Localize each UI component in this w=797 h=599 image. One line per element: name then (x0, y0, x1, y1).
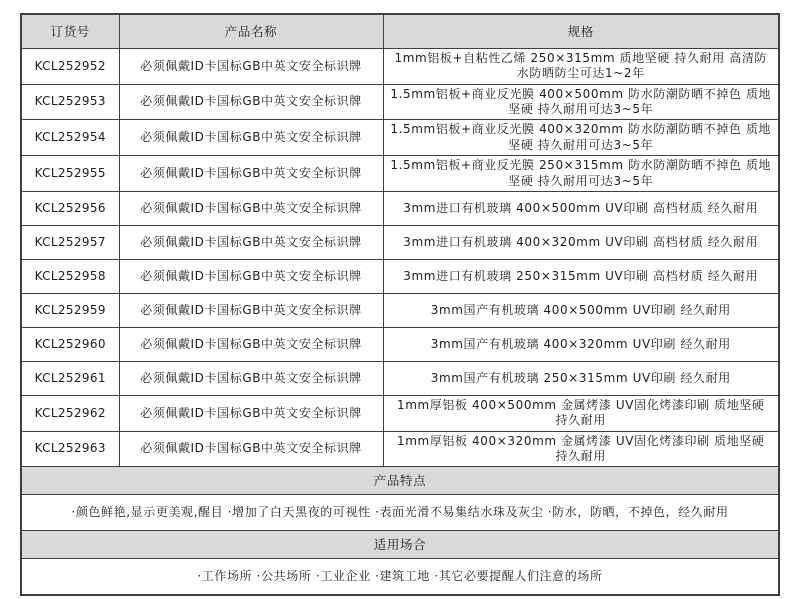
column-header-product-name: 产品名称 (119, 14, 383, 49)
order-no-cell: KCL252962 (21, 395, 119, 431)
order-no-cell: KCL252954 (21, 120, 119, 156)
section-title: 产品特点 (21, 467, 779, 495)
section-header-row: 适用场合 (21, 531, 779, 559)
section-content-row: ·工作场所 ·公共场所 ·工业企业 ·建筑工地 ·其它必要提醒人们注意的场所 (21, 559, 779, 596)
section-content: ·工作场所 ·公共场所 ·工业企业 ·建筑工地 ·其它必要提醒人们注意的场所 (21, 559, 779, 596)
product-name-cell: 必须佩戴ID卡国标GB中英文安全标识牌 (119, 361, 383, 395)
table-row: KCL252962 必须佩戴ID卡国标GB中英文安全标识牌 1mm厚铝板 400… (21, 395, 779, 431)
spec-cell: 1mm铝板+自粘性乙烯 250×315mm 质地坚硬 持久耐用 高清防水防晒防尘… (383, 49, 779, 85)
spec-cell: 1.5mm铝板+商业反光膜 400×500mm 防水防潮防晒不掉色 质地坚硬 持… (383, 84, 779, 120)
product-name-cell: 必须佩戴ID卡国标GB中英文安全标识牌 (119, 84, 383, 120)
product-name-cell: 必须佩戴ID卡国标GB中英文安全标识牌 (119, 191, 383, 225)
table-header-row: 订货号 产品名称 规格 (21, 14, 779, 49)
section-title: 适用场合 (21, 531, 779, 559)
order-no-cell: KCL252963 (21, 431, 119, 467)
table-row: KCL252961 必须佩戴ID卡国标GB中英文安全标识牌 3mm国产有机玻璃 … (21, 361, 779, 395)
spec-cell: 3mm国产有机玻璃 400×320mm UV印刷 经久耐用 (383, 327, 779, 361)
order-no-cell: KCL252952 (21, 49, 119, 85)
spec-cell: 1.5mm铝板+商业反光膜 250×315mm 防水防潮防晒不掉色 质地坚硬 持… (383, 156, 779, 192)
product-name-cell: 必须佩戴ID卡国标GB中英文安全标识牌 (119, 225, 383, 259)
table-sections: 产品特点 ·颜色鲜艳,显示更美观,醒目 ·增加了白天黑夜的可视性 ·表面光滑不易… (21, 467, 779, 596)
table-body: KCL252952 必须佩戴ID卡国标GB中英文安全标识牌 1mm铝板+自粘性乙… (21, 49, 779, 467)
table-row: KCL252963 必须佩戴ID卡国标GB中英文安全标识牌 1mm厚铝板 400… (21, 431, 779, 467)
product-name-cell: 必须佩戴ID卡国标GB中英文安全标识牌 (119, 431, 383, 467)
table-row: KCL252959 必须佩戴ID卡国标GB中英文安全标识牌 3mm国产有机玻璃 … (21, 293, 779, 327)
spec-cell: 3mm进口有机玻璃 250×315mm UV印刷 高档材质 经久耐用 (383, 259, 779, 293)
section-content: ·颜色鲜艳,显示更美观,醒目 ·增加了白天黑夜的可视性 ·表面光滑不易集结水珠及… (21, 495, 779, 531)
order-no-cell: KCL252958 (21, 259, 119, 293)
table-row: KCL252960 必须佩戴ID卡国标GB中英文安全标识牌 3mm国产有机玻璃 … (21, 327, 779, 361)
spec-cell: 3mm进口有机玻璃 400×500mm UV印刷 高档材质 经久耐用 (383, 191, 779, 225)
order-no-cell: KCL252957 (21, 225, 119, 259)
order-no-cell: KCL252961 (21, 361, 119, 395)
table-row: KCL252956 必须佩戴ID卡国标GB中英文安全标识牌 3mm进口有机玻璃 … (21, 191, 779, 225)
spec-cell: 1.5mm铝板+商业反光膜 400×320mm 防水防潮防晒不掉色 质地坚硬 持… (383, 120, 779, 156)
table-row: KCL252953 必须佩戴ID卡国标GB中英文安全标识牌 1.5mm铝板+商业… (21, 84, 779, 120)
column-header-spec: 规格 (383, 14, 779, 49)
product-name-cell: 必须佩戴ID卡国标GB中英文安全标识牌 (119, 120, 383, 156)
product-name-cell: 必须佩戴ID卡国标GB中英文安全标识牌 (119, 49, 383, 85)
product-name-cell: 必须佩戴ID卡国标GB中英文安全标识牌 (119, 395, 383, 431)
section-content-row: ·颜色鲜艳,显示更美观,醒目 ·增加了白天黑夜的可视性 ·表面光滑不易集结水珠及… (21, 495, 779, 531)
spec-cell: 1mm厚铝板 400×320mm 金属烤漆 UV固化烤漆印刷 质地坚硬 持久耐用 (383, 431, 779, 467)
table-row: KCL252958 必须佩戴ID卡国标GB中英文安全标识牌 3mm进口有机玻璃 … (21, 259, 779, 293)
section-header-row: 产品特点 (21, 467, 779, 495)
order-no-cell: KCL252956 (21, 191, 119, 225)
table-row: KCL252952 必须佩戴ID卡国标GB中英文安全标识牌 1mm铝板+自粘性乙… (21, 49, 779, 85)
product-name-cell: 必须佩戴ID卡国标GB中英文安全标识牌 (119, 293, 383, 327)
order-no-cell: KCL252953 (21, 84, 119, 120)
order-no-cell: KCL252955 (21, 156, 119, 192)
order-no-cell: KCL252959 (21, 293, 119, 327)
column-header-order-no: 订货号 (21, 14, 119, 49)
product-name-cell: 必须佩戴ID卡国标GB中英文安全标识牌 (119, 327, 383, 361)
table-row: KCL252957 必须佩戴ID卡国标GB中英文安全标识牌 3mm进口有机玻璃 … (21, 225, 779, 259)
product-name-cell: 必须佩戴ID卡国标GB中英文安全标识牌 (119, 259, 383, 293)
product-spec-sheet: 订货号 产品名称 规格 KCL252952 必须佩戴ID卡国标GB中英文安全标识… (0, 0, 797, 599)
product-spec-table: 订货号 产品名称 规格 KCL252952 必须佩戴ID卡国标GB中英文安全标识… (20, 13, 780, 596)
product-name-cell: 必须佩戴ID卡国标GB中英文安全标识牌 (119, 156, 383, 192)
spec-cell: 1mm厚铝板 400×500mm 金属烤漆 UV固化烤漆印刷 质地坚硬 持久耐用 (383, 395, 779, 431)
spec-cell: 3mm进口有机玻璃 400×320mm UV印刷 高档材质 经久耐用 (383, 225, 779, 259)
table-row: KCL252954 必须佩戴ID卡国标GB中英文安全标识牌 1.5mm铝板+商业… (21, 120, 779, 156)
order-no-cell: KCL252960 (21, 327, 119, 361)
spec-cell: 3mm国产有机玻璃 250×315mm UV印刷 经久耐用 (383, 361, 779, 395)
table-row: KCL252955 必须佩戴ID卡国标GB中英文安全标识牌 1.5mm铝板+商业… (21, 156, 779, 192)
spec-cell: 3mm国产有机玻璃 400×500mm UV印刷 经久耐用 (383, 293, 779, 327)
